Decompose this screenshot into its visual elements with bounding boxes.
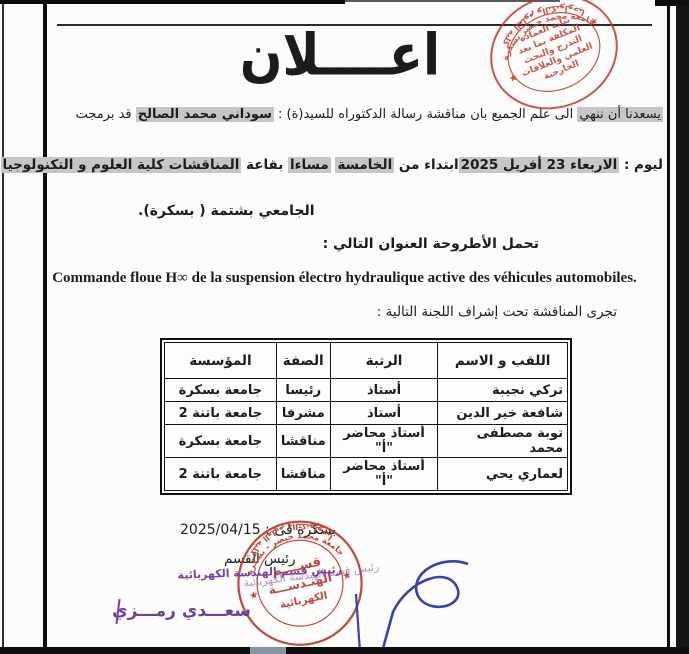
intro-line: يسعدنا أن ننهي الى علم الجميع بان مناقشة… (76, 107, 663, 122)
scan-edge-bottom-patch (250, 647, 286, 654)
committee-intro-line: تجرى المناقشة تحت إشراف اللجنة التالية : (377, 304, 617, 320)
star-icon: ★ (507, 72, 519, 86)
scan-edge-top-bar (0, 0, 345, 4)
table-row: شافعة خير الدين أستاذ مشرفا جامعة باتنة … (165, 402, 568, 425)
schedule-seg2: بقاعة (241, 157, 288, 173)
member-rank: أستاذ (330, 402, 438, 425)
member-name: تركي نجيبة (438, 379, 568, 402)
member-rank: أستاذ (330, 379, 438, 402)
announcement-title: اعــــلان (205, 22, 475, 89)
campus-line: الجامعي بشتمة ( بسكرة). (138, 203, 315, 219)
member-institution: جامعة بسكرة (165, 425, 277, 458)
scan-edge-bottom-bar (0, 647, 689, 654)
scan-edge-right-line (667, 0, 670, 654)
member-rank: أستاذ محاضر "أ" (330, 425, 438, 458)
thesis-intro-line: تحمل الأطروحة العنوان التالي : (323, 236, 539, 252)
scan-edge-right-band (676, 0, 689, 654)
scan-edge-left-thick (43, 0, 47, 649)
signature-ink (290, 552, 490, 654)
table-row: تركي نجيبة أستاذ رئيسا جامعة بسكرة (165, 379, 568, 402)
col-rank: الرتبة (330, 343, 438, 379)
committee-table: اللقب و الاسم الرتبة الصفة المؤسسة تركي … (160, 338, 572, 495)
svg-text:جامعة محمد خيضر بسكرة: جامعة محمد خيضر بسكرة (492, 0, 600, 64)
stamp-center-line: الخارجية (542, 59, 580, 82)
stamp-center-line: المكلفة بما بعد (517, 23, 582, 57)
place-and-date: بسكرة فى : 2025/04/15 (180, 522, 336, 538)
member-role: مناقشا (276, 425, 330, 458)
defense-room: المناقشات كلية العلوم و التكنولوجيا (1, 157, 242, 173)
member-name: لعماري يحي (438, 458, 568, 491)
stamp-center-line: نيابة العمادة (518, 15, 571, 44)
star-icon: ★ (588, 15, 600, 29)
table-header-row: اللقب و الاسم الرتبة الصفة المؤسسة (165, 343, 568, 379)
intro-highlight-start: يسعدنا أن ننهي (577, 107, 663, 122)
stamp-ring-top-text: جامعة محمد خيضر بسكرة (492, 0, 600, 64)
thesis-title-french: Commande floue H∞ de la suspension élect… (0, 270, 689, 287)
member-role: مناقشا (276, 458, 330, 491)
member-role: مشرفا (276, 402, 330, 425)
schedule-line: ليوم : الاربعاء 23 أفريل 2025ابتداء من ا… (0, 157, 663, 173)
signer-name: سعـــدي رمـــزي (112, 601, 251, 621)
defense-date: الاربعاء 23 أفريل 2025 (459, 157, 620, 173)
table-row: لعماري يحي أستاذ محاضر "أ" مناقشا جامعة … (165, 458, 568, 491)
schedule-seg1: ابتداء من (394, 157, 458, 173)
candidate-name: سوداني محمد الصالح (136, 107, 274, 122)
col-institution: المؤسسة (165, 343, 277, 379)
member-institution: جامعة بسكرة (165, 379, 277, 402)
scan-edge-top-corner (655, 0, 689, 6)
defense-evening: مساءا (288, 157, 331, 173)
member-rank: أستاذ محاضر "أ" (330, 458, 438, 491)
schedule-pre: ليوم : (619, 157, 663, 173)
intro-end: قد برمجت (76, 107, 136, 122)
member-name: توبة مصطفى محمد (438, 425, 568, 458)
scan-edge-top-line (345, 0, 560, 2)
member-role: رئيسا (276, 379, 330, 402)
intro-mid: الى علم الجميع بان مناقشة رسالة الدكتورا… (274, 107, 577, 122)
defense-time: الخامسة (335, 157, 394, 173)
col-role: الصفة (276, 343, 330, 379)
col-name: اللقب و الاسم (438, 343, 568, 379)
member-institution: جامعة باتنة 2 (165, 458, 277, 491)
member-name: شافعة خير الدين (438, 402, 568, 425)
member-institution: جامعة باتنة 2 (165, 402, 277, 425)
stamp-center-line: العلمي والعلاقات (520, 42, 594, 80)
stamp-center-line: التدرج والبحث (523, 34, 584, 66)
table-row: توبة مصطفى محمد أستاذ محاضر "أ" مناقشا ج… (165, 425, 568, 458)
scan-edge-left-thin (2, 0, 4, 654)
document-page: اعــــلان يسعدنا أن ننهي الى علم الجميع … (0, 0, 689, 654)
